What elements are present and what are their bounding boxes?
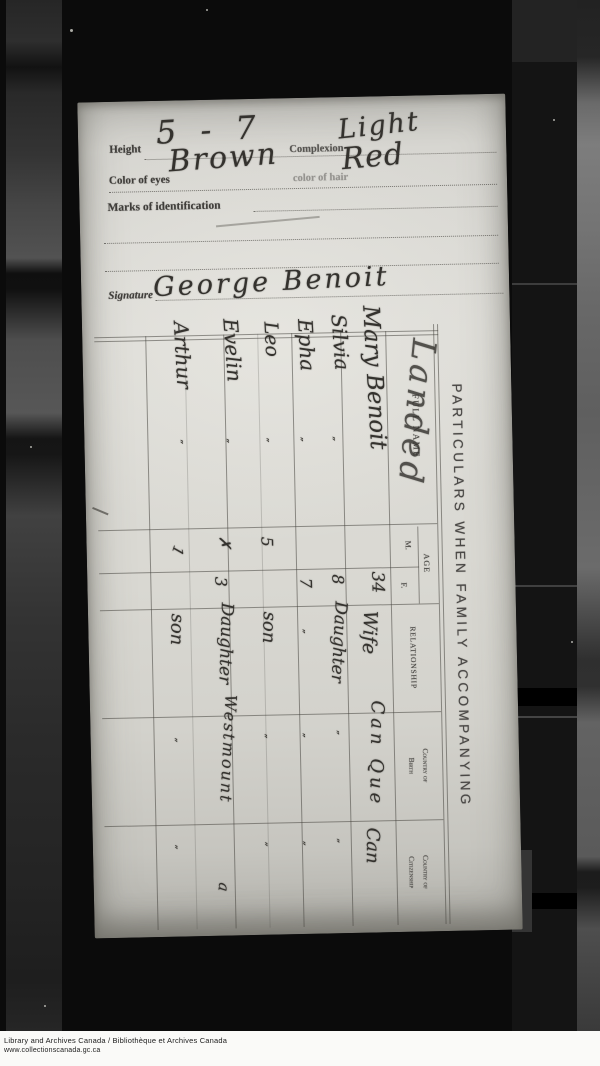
row-3-country-of-birth: ″ <box>254 734 269 739</box>
row-4-age-f: 3 <box>212 577 228 588</box>
signature-label: Signature <box>108 289 153 302</box>
row-2-surname-ditto: ″ <box>289 437 304 442</box>
hair-label: color of hair <box>293 172 348 184</box>
archive-credit-text: Library and Archives Canada / Bibliothèq… <box>4 1036 227 1045</box>
film-right-edge-band <box>577 0 600 1032</box>
complexion-label: Complexion <box>289 143 343 155</box>
row-3-relationship: son <box>259 611 278 643</box>
field-rule <box>104 235 498 244</box>
pencil-scribble <box>216 216 320 227</box>
row-5-surname-ditto: ″ <box>169 439 184 444</box>
film-seam <box>512 283 578 285</box>
row-1-full-name: Silvia <box>328 313 352 370</box>
row-2-relationship: ″ <box>291 629 306 634</box>
row-0-country-of-birth: Can Que <box>366 700 385 807</box>
eyes-value-handwriting: Brown <box>168 140 279 178</box>
height-label: Height <box>109 143 141 156</box>
row-5-relationship: son <box>167 613 186 645</box>
row-3-surname-ditto: ″ <box>255 438 270 443</box>
hair-value-handwriting: Red <box>340 140 405 176</box>
row-5-full-name: Arthur <box>171 321 195 389</box>
row-2-full-name: Epha <box>295 318 318 371</box>
archive-footer: Library and Archives Canada / Bibliothèq… <box>0 1031 600 1066</box>
row-1-relationship: Daughter <box>328 601 349 683</box>
film-right-dark-area <box>512 0 578 1032</box>
eyes-label: Color of eyes <box>109 174 170 187</box>
film-top-corner <box>512 0 578 62</box>
film-black-band <box>512 688 578 706</box>
row-4-age-m-strike: ✗ <box>216 535 232 549</box>
row-4-country-of-citizenship: a <box>215 882 231 893</box>
film-seam <box>512 716 578 718</box>
row-1-surname-ditto: ″ <box>321 436 336 441</box>
row-1-country-of-citizenship: ″ <box>326 838 341 843</box>
dust-speck <box>30 446 32 448</box>
dust-speck <box>571 641 573 643</box>
row-5-country-of-birth: ″ <box>164 738 179 743</box>
dust-speck <box>70 29 73 32</box>
row-3-full-name: Leo <box>260 321 281 357</box>
row-3-country-of-citizenship: ″ <box>254 842 269 847</box>
archive-url-text: www.collectionscanada.gc.ca <box>4 1047 100 1054</box>
row-4-full-name: Evelin <box>220 318 245 383</box>
family-table-rotated: PARTICULARS WHEN FAMILY ACCOMPANYING F <box>94 327 478 931</box>
dust-speck <box>44 1005 46 1007</box>
film-left-band <box>6 0 62 1032</box>
row-0-full-name: Mary Benoit <box>358 305 389 450</box>
row-4-surname-ditto: ″ <box>215 438 230 443</box>
row-2-country-of-birth: ″ <box>292 733 307 738</box>
row-0-country-of-citizenship: Can <box>363 827 382 863</box>
row-5-country-of-citizenship: ″ <box>164 845 179 850</box>
row-0-age-f: 34 <box>368 571 385 593</box>
row-0-relationship: Wife <box>359 610 379 654</box>
row-1-country-of-birth: ″ <box>325 730 340 735</box>
dust-speck <box>553 119 555 121</box>
row-4-relationship: Daughter <box>215 602 235 684</box>
dust-speck <box>206 9 208 11</box>
film-seam <box>512 585 578 587</box>
row-1-age-f: 8 <box>329 574 345 585</box>
row-2-age-f: 7 <box>297 578 313 589</box>
row-5-age-m: 1 <box>169 543 186 557</box>
row-2-country-of-citizenship: ″ <box>292 841 307 846</box>
row-3-age-m: 5 <box>258 537 274 548</box>
marks-label: Marks of identification <box>107 200 220 214</box>
scanned-form-page: Height 5 - 7 Complexion Light Color of e… <box>77 94 522 939</box>
field-rule <box>254 206 498 212</box>
row-4-country-of-birth: Westmount <box>217 694 238 804</box>
microfilm-scan: Height 5 - 7 Complexion Light Color of e… <box>0 0 600 1066</box>
table-handwritten-rows: Mary Benoit34WifeCan QueCanSilvia″8Daugh… <box>94 327 478 931</box>
